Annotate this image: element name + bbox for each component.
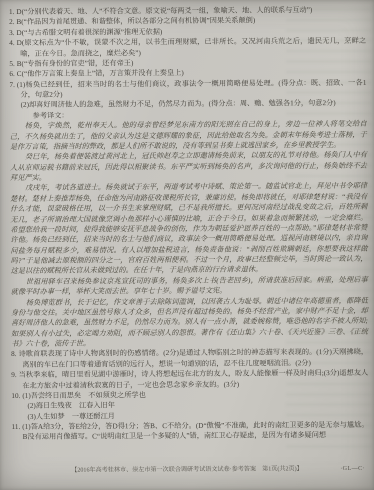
- item-text: 当秋季来临，晴日里看见湖中游雁时，诗人将想起远在北方的友人，盼友人能像雁一样及时…: [19, 369, 369, 389]
- footer: 【2016年高考桂林市、崇左市第一次联合调研考试语文试卷·参考答案 第1页(共2…: [0, 464, 374, 476]
- item-number: 7.: [9, 81, 14, 89]
- item-text: 诗歌首联表现了诗中人物离别时的伤感情绪。(2分)是通过人物临别之时的神态描写来表…: [18, 348, 368, 368]
- answer-item: 8.诗歌首联表现了诗中人物离别时的伤感情绪。(2分)是通过人物临别之时的神态描写…: [11, 347, 368, 370]
- item-number: 8.: [11, 350, 16, 358]
- answer-item: 4.D(原文标点为“仆不敏，误蒙不次之用，以书生而理财赋，已非所长。又况河南兵荒…: [9, 36, 366, 59]
- item-text: B(“作品因为首尾贯通、和谐整体，所以各部分之间有机协调”因果关系颠倒): [16, 17, 255, 26]
- item-number: 6.: [9, 70, 14, 78]
- item-number: 2.: [9, 18, 14, 26]
- item-text: B(“专指有身份的官吏”错，还有帝王): [17, 59, 134, 68]
- answer-sub-item: (2)却喜好周济他人的急难，虽然财力不足，仍然尽力而为。(得分点：周、赡、勉强各…: [10, 98, 367, 111]
- item-number: 11.: [12, 423, 21, 431]
- translation-paragraph: 戊戌年，考试各道进士。杨奂就试于东平，两道考试考中诗赋、策论第一。随监试官北上，…: [10, 181, 368, 277]
- item-text: (1)答A给3分，答E给2分，答D得1分；答B、C不给分。(D“傲慢”不准确，此…: [22, 421, 368, 441]
- item-text: (1)杨奂已经到任，招来当时的名士与他们商议，政事法令一概用简略便易处理。(得分…: [17, 78, 367, 98]
- footer-citation: 【2016年高考桂林市、崇左市第一次联合调研考试语文试卷·参考答案 第1页(共2…: [71, 464, 303, 475]
- translation-paragraph: 杨奂博览群书，长于记忆，作文章善于去除陈词滥调，以因袭古人为耻辱。朝廷中诸位年高…: [11, 295, 368, 349]
- item-number: 1.: [9, 8, 14, 16]
- item-text: C(“他作万言策上奏皇上”错，万言策并没有上奏皇上): [17, 69, 184, 78]
- answer-item: 11.(1)答A给3分，答E给2分，答D得1分；答B、C不给分。(D“傲慢”不准…: [12, 420, 369, 443]
- translation-paragraph: 杨奂，字焕然，乾州奉天人。他的母亲曾经梦见东南方的阳光照在自己的身上，旁边一位神…: [10, 119, 367, 152]
- item-text: D(“与古希腊文明有着很深的渊源”推理无依据): [17, 28, 163, 37]
- translation-paragraph: 世祖用驿车召来杨奂参议京兆宣抚司的事务，杨奂多次上书(告老回乡)，所请获准后回家…: [11, 275, 368, 298]
- answer-item: 9.当秋季来临，晴日里看见湖中游雁时，诗人将想起远在北方的友人，盼友人能像雁一样…: [11, 368, 368, 391]
- item-number: 5.: [9, 60, 14, 68]
- item-text: D(“分别代表着天、地、人”不符合文意。原文说“每两爻一组，象喻天、地、人的联系…: [16, 6, 312, 16]
- item-text: (1)吾尝终日而思矣 不如须臾之所学也: [22, 391, 145, 400]
- item-number: 4.: [9, 39, 14, 47]
- footer-page-code: ·GL—C·: [340, 464, 365, 474]
- answer-item: 7.(1)杨奂已经到任，招来当时的名士与他们商议，政事法令一概用简略便易处理。(…: [9, 77, 366, 100]
- item-text: D(原文标点为“仆不敏，误蒙不次之用，以书生而理财赋，已非所长。又况河南兵荒之后…: [17, 37, 367, 57]
- translation-paragraph: 癸巳年，杨奂着便装渡过黄河北上，冠氏帅赵寿之立即邀请杨奂前来，以朋友的礼节对待他…: [10, 150, 367, 183]
- item-number: 3.: [9, 29, 14, 37]
- answer-list: 1.D(“分别代表着天、地、人”不符合文意。原文说“每两爻一组，象喻天、地、人的…: [9, 5, 369, 443]
- scan-page: 1.D(“分别代表着天、地、人”不符合文意。原文说“每两爻一组，象喻天、地、人的…: [0, 0, 374, 490]
- item-number: 10.: [11, 392, 20, 400]
- item-number: 9.: [11, 371, 16, 379]
